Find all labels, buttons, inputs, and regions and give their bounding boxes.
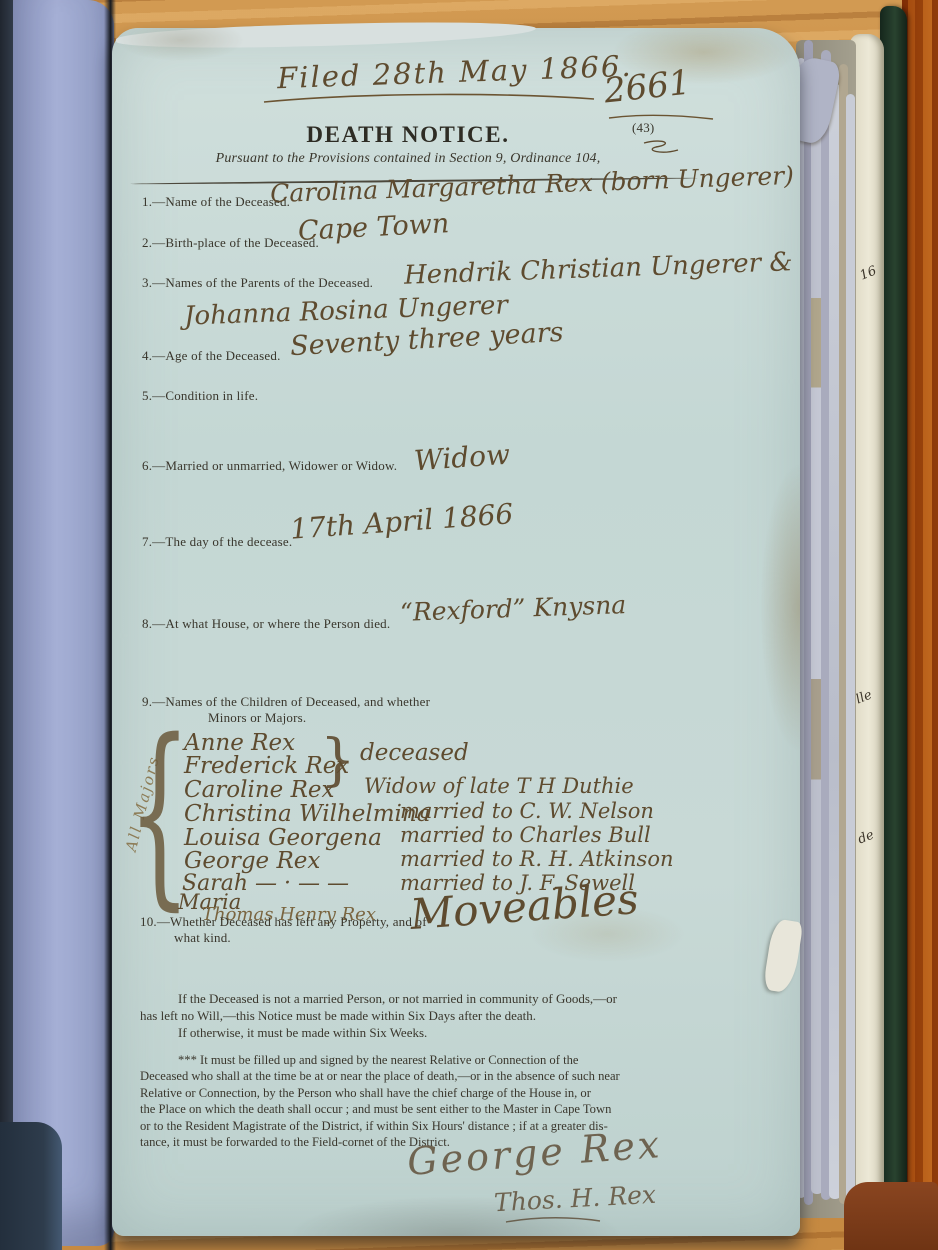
child-note: married to C. W. Nelson: [400, 801, 654, 822]
instruction-line: the Place on which the death shall occur…: [140, 1101, 750, 1117]
book-cover-edge: [880, 6, 907, 1240]
field-5-label: 5.—Condition in life.: [142, 388, 258, 404]
filed-annotation: Filed 28th May 1866.: [277, 52, 633, 93]
form-title: DEATH NOTICE.: [112, 122, 704, 148]
form-subtitle: Pursuant to the Provisions contained in …: [112, 151, 704, 167]
death-notice-page: Filed 28th May 1866. 2661 (43) DEATH NOT…: [112, 28, 800, 1236]
field-number: 2.: [142, 235, 152, 250]
instruction-line: If the Deceased is not a married Person,…: [140, 990, 750, 1007]
field-4-label: 4.—Age of the Deceased.: [142, 348, 281, 364]
archive-photo-scene: 16 lle de Filed 28th May 1866. 2661 (43)…: [0, 0, 938, 1250]
field-label: —Married or unmarried, Widower or Widow.: [152, 458, 397, 473]
edge-writing-fragment: lle: [854, 688, 874, 708]
field-label: —Names of the Parents of the Deceased.: [152, 275, 373, 290]
field-10-label-line2: what kind.: [174, 930, 231, 946]
field-label: —Condition in life.: [152, 388, 258, 403]
torn-top-edge: [116, 20, 536, 51]
field-label: —Birth-place of the Deceased.: [152, 235, 319, 250]
field-number: 1.: [142, 194, 152, 209]
field-label: —At what House, or where the Person died…: [152, 616, 390, 631]
field-label: —Names of the Children of Deceased, and …: [152, 694, 430, 709]
field-7-value: 17th April 1866: [289, 500, 514, 544]
field-number: 5.: [142, 388, 152, 403]
instruction-line: If otherwise, it must be made within Six…: [140, 1024, 750, 1041]
reference-number: 2661: [602, 66, 692, 109]
field-number: 7.: [142, 534, 152, 549]
field-label: —Whether Deceased has left any Property,…: [157, 914, 427, 929]
field-label: —The day of the decease.: [152, 534, 292, 549]
deceased-note: deceased: [360, 742, 469, 765]
dark-corner-bottom-left: [0, 1122, 62, 1250]
child-note: married to R. H. Atkinson: [400, 849, 674, 870]
child-row: Louisa Georgena: [184, 827, 382, 850]
signature-secondary: Thos. H. Rex: [493, 1182, 656, 1215]
field-1-label: 1.—Name of the Deceased.: [142, 194, 290, 210]
folded-paper-bit: [763, 918, 804, 994]
field-number: 10.: [140, 914, 157, 929]
instruction-line: has left no Will,—this Notice must be ma…: [140, 1007, 750, 1024]
leather-corner-bottom-right: [844, 1182, 938, 1250]
field-3-label: 3.—Names of the Parents of the Deceased.: [142, 275, 373, 291]
field-3-value: Hendrik Christian Ungerer &: [404, 249, 793, 289]
wood-table-right: [902, 0, 938, 1250]
child-row: Christina Wilhelmina: [184, 803, 430, 826]
torn-stub: [846, 94, 855, 1199]
child-note: married to Charles Bull: [400, 825, 651, 846]
child-row: Caroline Rex: [184, 779, 335, 802]
field-10-label: 10.—Whether Deceased has left any Proper…: [140, 914, 427, 930]
field-10-value: Moveables: [409, 878, 640, 936]
field-2-value: Cape Town: [297, 210, 449, 245]
child-row: George Rex: [184, 850, 320, 873]
field-7-label: 7.—The day of the decease.: [142, 534, 292, 550]
field-9-label-line2: Minors or Majors.: [208, 710, 306, 726]
field-8-value: “Rexford” Knysna: [400, 592, 627, 625]
edge-writing-fragment: de: [856, 828, 876, 848]
child-row: Anne Rex: [184, 732, 295, 755]
field-8-label: 8.—At what House, or where the Person di…: [142, 616, 390, 632]
field-number: 3.: [142, 275, 152, 290]
instruction-line: *** It must be filled up and signed by t…: [140, 1052, 750, 1068]
edge-writing-fragment: 16: [858, 263, 879, 283]
torn-page-stubs: [796, 40, 856, 1218]
field-label: —Age of the Deceased.: [152, 348, 280, 363]
facing-blank-page: [10, 0, 114, 1246]
child-note: Widow of late T H Duthie: [364, 776, 634, 797]
field-number: 6.: [142, 458, 152, 473]
field-6-value: Widow: [413, 441, 511, 476]
instructions-paragraph-1: If the Deceased is not a married Person,…: [140, 990, 750, 1041]
field-number: 4.: [142, 348, 152, 363]
field-number: 8.: [142, 616, 152, 631]
instruction-line: Deceased who shall at the time be at or …: [140, 1068, 750, 1084]
book-spine-shadow: [0, 0, 13, 1250]
instruction-line: Relative or Connection, by the Person wh…: [140, 1085, 750, 1101]
field-1-value: Carolina Margaretha Rex (born Ungerer): [270, 163, 795, 206]
field-2-label: 2.—Birth-place of the Deceased.: [142, 235, 319, 251]
flourish-underline: [260, 90, 600, 106]
field-6-label: 6.—Married or unmarried, Widower or Wido…: [142, 458, 397, 474]
signature-underline: [504, 1214, 604, 1226]
